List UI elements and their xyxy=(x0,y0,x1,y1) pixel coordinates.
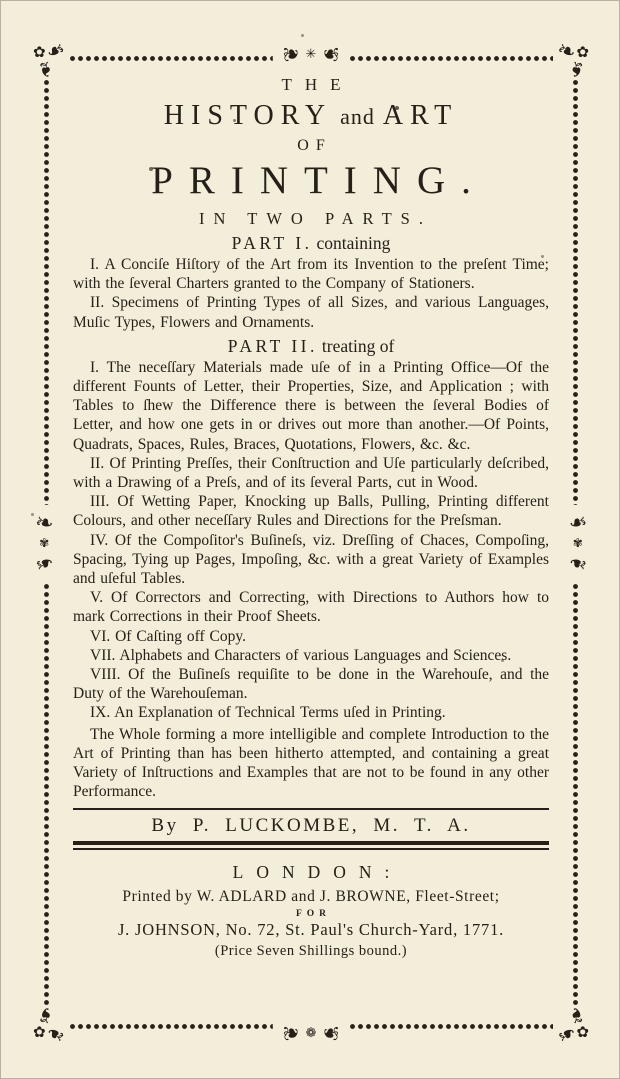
part2-item-2: II. Of Printing Preſſes, their Conſtruct… xyxy=(73,454,549,492)
part2-heading-caps: PART II. xyxy=(228,336,318,356)
paper-speckle xyxy=(541,255,544,258)
leaf-spray-icon: ❧ xyxy=(564,58,591,83)
leaf-spray-icon: ❧ xyxy=(33,549,55,574)
title-page-text: THE HISTORYandART OF PRINTING. IN TWO PA… xyxy=(73,67,549,1024)
corner-ornament-top-right: ✿ ❧ ❧ xyxy=(549,43,589,83)
side-fleuron-left: ❧ ✾ ❧ xyxy=(35,505,53,581)
rosette-icon: ✿ xyxy=(576,1025,589,1040)
title-history-and-art: HISTORYandART xyxy=(73,100,549,132)
part2-item-8: VIII. Of the Buſineſs requiſite to be do… xyxy=(73,665,549,703)
title-history: HISTORY xyxy=(164,100,332,131)
paper-speckle xyxy=(233,119,236,122)
scroll-icon: ❦ xyxy=(321,46,341,63)
imprint-for: FOR xyxy=(73,909,549,919)
side-fleuron-right: ❧ ✾ ❧ xyxy=(569,505,587,581)
paper-speckle xyxy=(395,106,399,110)
scanned-title-page: ✿ ❧ ❧ ✿ ❧ ❧ ✿ ❧ ❧ ✿ ❧ ❧ ❧ ✾ ❧ ❧ ✾ ❧ xyxy=(0,0,620,1079)
closing-paragraph: The Whole forming a more intelligible an… xyxy=(73,725,549,802)
title-of: OF xyxy=(73,137,549,155)
part2-heading-rest: treating of xyxy=(322,336,394,356)
imprint-printers: Printed by W. ADLARD and J. BROWNE, Flee… xyxy=(73,888,549,906)
part1-heading: PART I.containing xyxy=(73,233,549,254)
corner-ornament-top-left: ✿ ❧ ❧ xyxy=(33,43,73,83)
rosette-icon: ✿ xyxy=(576,45,589,60)
part2-item-6: VI. Of Caſting off Copy. xyxy=(73,627,549,646)
part1-heading-caps: PART I. xyxy=(232,233,313,253)
part2-heading: PART II.treating of xyxy=(73,336,549,357)
part1-heading-rest: containing xyxy=(316,233,390,253)
paper-speckle xyxy=(149,167,153,171)
leaf-spray-icon: ❧ xyxy=(567,511,589,536)
paper-speckle xyxy=(301,34,304,37)
byline: By P. LUCKOMBE, M. T. A. xyxy=(73,810,549,841)
imprint-price: (Price Seven Shillings bound.) xyxy=(73,943,549,960)
part2-item-7: VII. Alphabets and Characters of various… xyxy=(73,646,549,665)
title-printing: PRINTING. xyxy=(73,158,549,203)
part1-item-1: I. A Conciſe Hiſtory of the Art from its… xyxy=(73,255,549,293)
paper-speckle xyxy=(31,513,34,516)
title-the: THE xyxy=(73,75,549,95)
thick-rule-below-byline xyxy=(73,841,549,845)
imprint-city: LONDON: xyxy=(73,862,549,883)
part2-item-1: I. The neceſſary Materials made uſe of i… xyxy=(73,358,549,454)
part2-item-4: IV. Of the Compoſitor's Buſineſs, viz. D… xyxy=(73,531,549,589)
title-and: and xyxy=(340,104,375,129)
top-center-ornament: ❦ ✳ ❦ xyxy=(273,44,349,64)
imprint-publisher: J. JOHNSON, No. 72, St. Paul's Church-Ya… xyxy=(73,920,549,940)
title-in-two-parts: IN TWO PARTS. xyxy=(73,209,549,229)
flower-icon: ❁ xyxy=(306,1027,317,1040)
leaf-spray-icon: ❧ xyxy=(31,58,58,83)
scroll-icon: ❦ xyxy=(321,1025,341,1042)
scroll-icon: ❦ xyxy=(281,46,301,63)
title-art: ART xyxy=(383,100,458,131)
printers-mark-icon: ✳ xyxy=(306,48,317,61)
rosette-icon: ✾ xyxy=(573,537,583,549)
part2-item-5: V. Of Correctors and Correcting, with Di… xyxy=(73,588,549,626)
scroll-icon: ❦ xyxy=(281,1025,301,1042)
corner-ornament-bottom-right: ✿ ❧ ❧ xyxy=(549,1002,589,1042)
thin-rule-below-byline xyxy=(73,848,549,850)
part1-item-2: II. Specimens of Printing Types of all S… xyxy=(73,293,549,331)
leaf-spray-icon: ❧ xyxy=(33,511,55,536)
leaf-spray-icon: ❧ xyxy=(567,549,589,574)
part2-item-3: III. Of Wetting Paper, Knocking up Balls… xyxy=(73,492,549,530)
part2-item-9: IX. An Explanation of Technical Terms uſ… xyxy=(73,703,549,722)
bottom-center-ornament: ❦ ❁ ❦ xyxy=(273,1023,349,1043)
paper-speckle xyxy=(501,659,504,662)
rosette-icon: ✾ xyxy=(39,537,49,549)
corner-ornament-bottom-left: ✿ ❧ ❧ xyxy=(33,1002,73,1042)
